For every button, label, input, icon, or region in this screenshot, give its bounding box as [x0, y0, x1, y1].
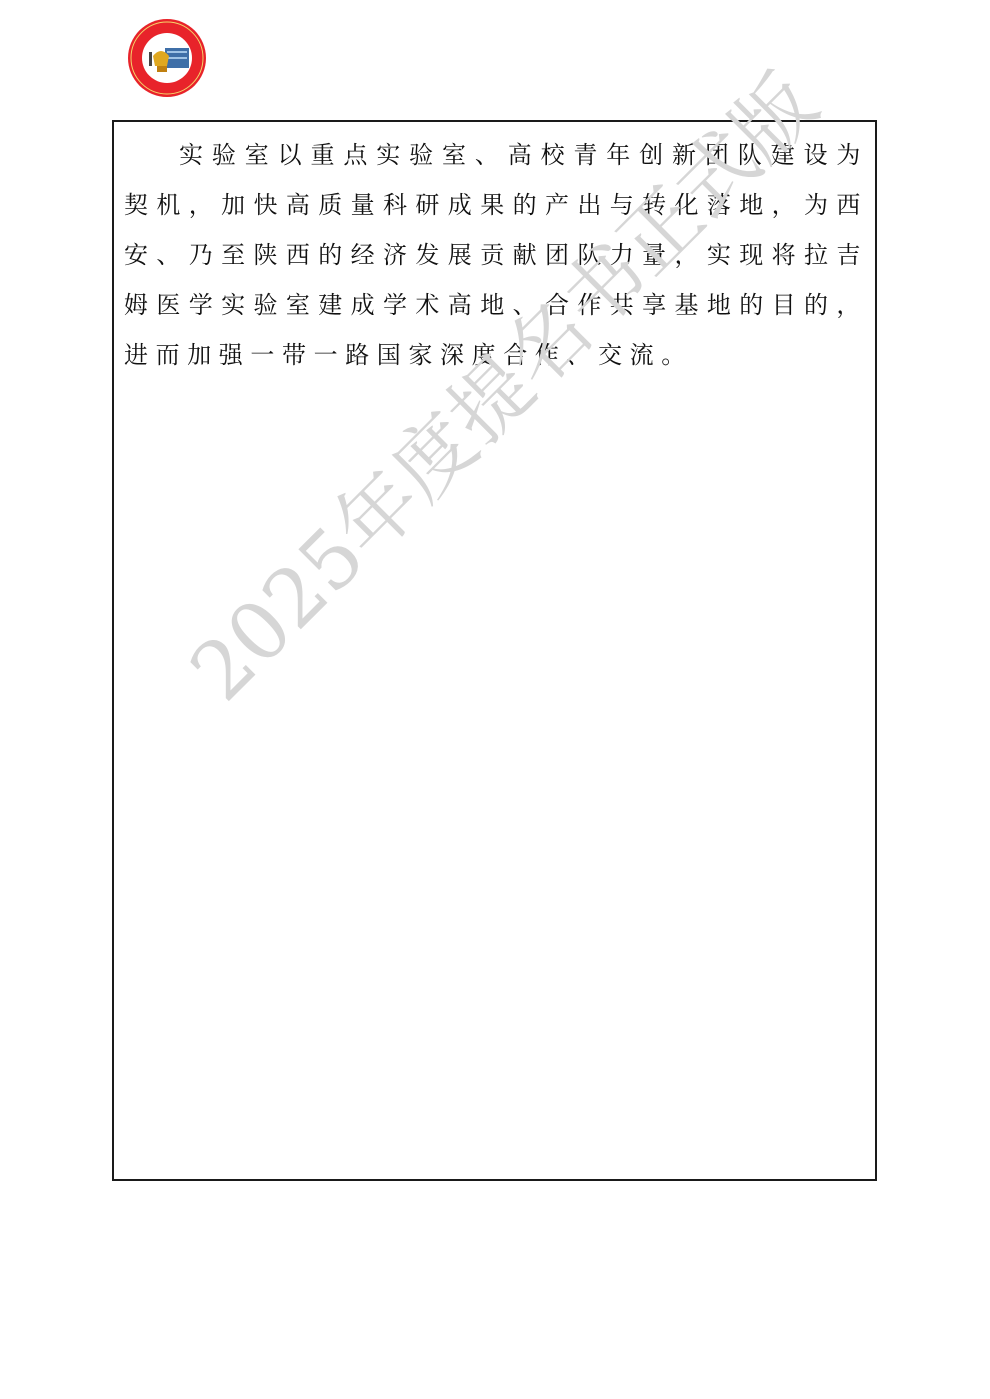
seal-icon [127, 18, 207, 98]
content-area: 实验室以重点实验室、高校青年创新团队建设为契机，加快高质量科研成果的产出与转化落… [124, 130, 868, 380]
body-paragraph: 实验室以重点实验室、高校青年创新团队建设为契机，加快高质量科研成果的产出与转化落… [124, 130, 868, 380]
organization-seal-logo [127, 18, 207, 98]
content-box: 实验室以重点实验室、高校青年创新团队建设为契机，加快高质量科研成果的产出与转化落… [112, 120, 877, 1181]
